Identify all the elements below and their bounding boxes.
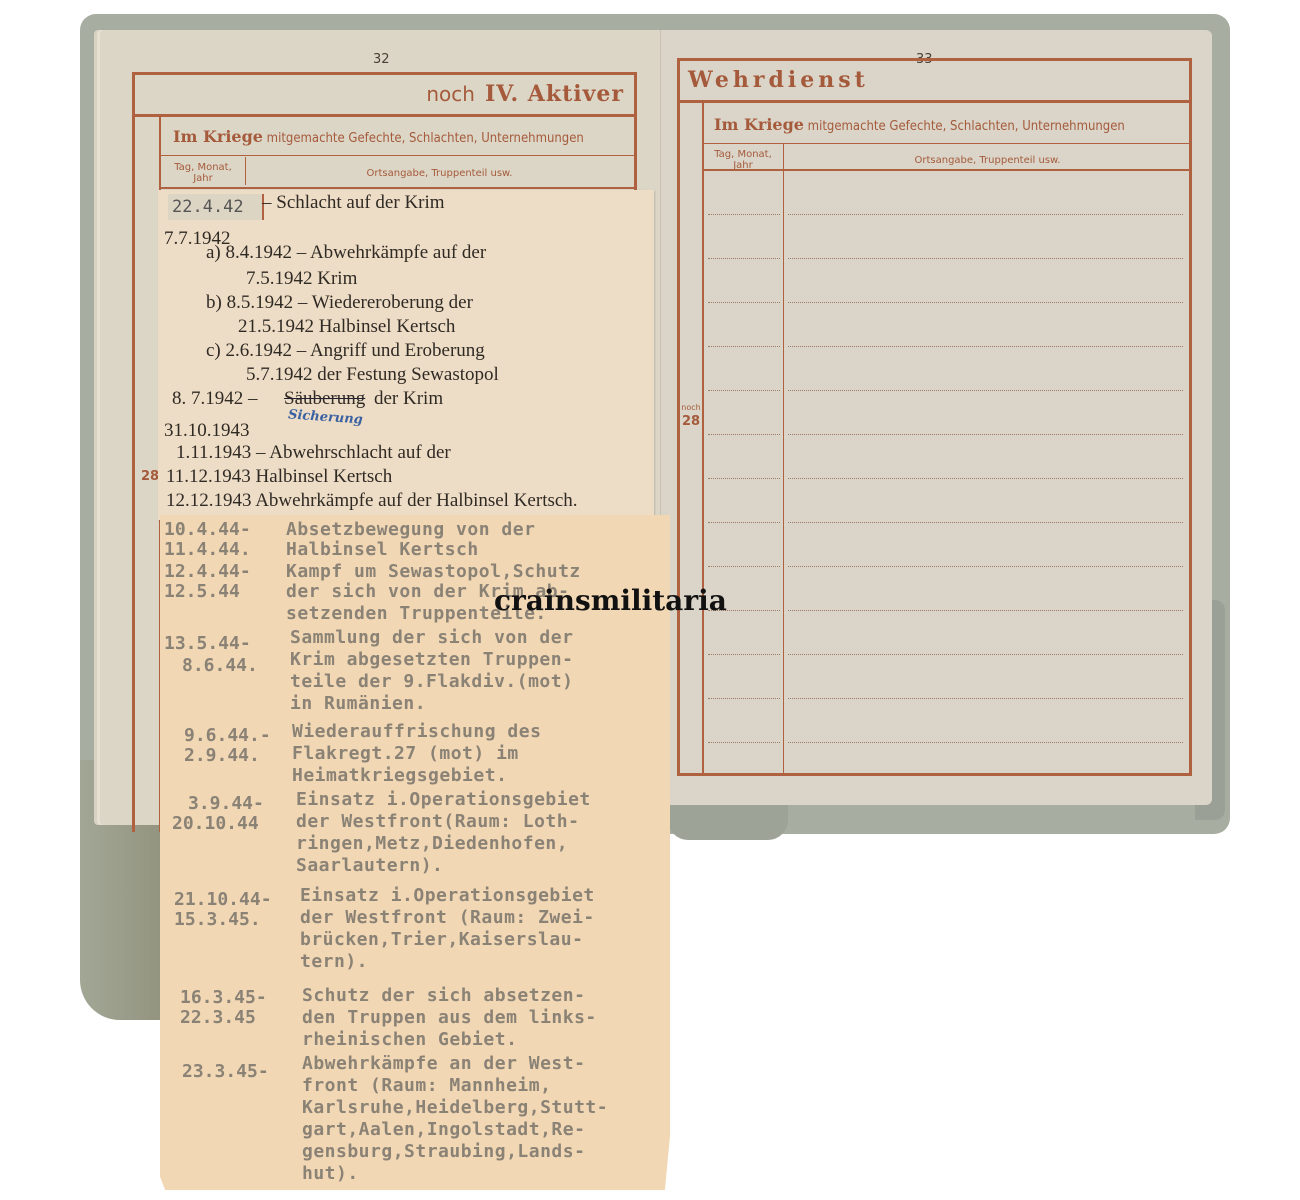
entry-text: Saarlautern). xyxy=(296,855,443,876)
entry-text: Schutz der sich absetzen- xyxy=(302,985,585,1006)
column-divider xyxy=(783,144,784,773)
entry-text: in Rumänien. xyxy=(290,693,426,714)
entry-date: 8.6.44. xyxy=(182,655,258,676)
title-row: nochIV. Aktiver xyxy=(135,75,634,117)
entry-text: den Truppen aus dem links- xyxy=(302,1007,597,1028)
entry-text: brücken,Trier,Kaiserslau- xyxy=(300,929,583,950)
clipping-line: b) 8.5.1942 – Wiedereroberung der xyxy=(206,292,473,314)
title-row: Wehrdienst xyxy=(680,61,1189,103)
entry-text: front (Raum: Mannheim, xyxy=(302,1075,551,1096)
entry-text: Einsatz i.Operationsgebiet xyxy=(300,885,595,906)
entry-row-dotline xyxy=(788,478,1183,479)
entry-text: Absetzbewegung von der xyxy=(286,519,535,540)
entry-row-dotline xyxy=(708,258,780,259)
entry-row-dotline xyxy=(708,654,780,655)
entry-row-dotline xyxy=(788,566,1183,567)
entry-text: Flakregt.27 (mot) im xyxy=(292,743,519,764)
entry-text: hut). xyxy=(302,1163,359,1184)
entry-row-dotline xyxy=(788,214,1183,215)
section-header: Im Kriege mitgemachte Gefechte, Schlacht… xyxy=(173,127,584,146)
marker-number: 28 xyxy=(682,414,700,429)
entry-text: Wiederauffrischung des xyxy=(292,721,541,742)
section-header-bold: Im Kriege xyxy=(173,127,263,146)
cover-edge-bottom xyxy=(668,800,788,840)
entry-row-dotline xyxy=(788,258,1183,259)
entry-text: rheinischen Gebiet. xyxy=(302,1029,517,1050)
entry-row-dotline xyxy=(788,346,1183,347)
printed-clipping: 22.4.42 – Schlacht auf der Krim 7.7.1942… xyxy=(158,190,654,520)
item-number-marker: 28 xyxy=(141,470,159,484)
section-header-rest: mitgemachte Gefechte, Schlachten, Untern… xyxy=(808,119,1125,134)
entry-date: 12.4.44- xyxy=(164,561,251,582)
right-page: 33 Wehrdienst Im Kriege mitgemachte Gefe… xyxy=(660,30,1212,805)
entry-text: Heimatkriegsgebiet. xyxy=(292,765,507,786)
entry-date: 12.5.44 xyxy=(164,581,240,602)
entry-text: gensburg,Straubing,Lands- xyxy=(302,1141,585,1162)
entry-text: tern). xyxy=(300,951,368,972)
column-header-place: Ortsangabe, Truppenteil usw. xyxy=(785,155,1190,166)
clipping-line: 8. 7.1942 – xyxy=(172,388,258,410)
clipping-line: c) 2.6.1942 – Angriff und Eroberung xyxy=(206,340,485,362)
clipping-line: 11.12.1943 Halbinsel Kertsch xyxy=(166,466,392,488)
entry-row-dotline xyxy=(708,346,780,347)
entry-date: 23.3.45- xyxy=(182,1061,269,1082)
entry-row-dotline xyxy=(708,698,780,699)
entry-row-dotline xyxy=(788,390,1183,391)
entry-date: 2.9.44. xyxy=(184,745,260,766)
entry-date: 9.6.44.- xyxy=(184,725,271,746)
entry-text: Abwehrkämpfe an der West- xyxy=(302,1053,585,1074)
section-header-bold: Im Kriege xyxy=(714,115,804,134)
clipping-line: der Krim xyxy=(374,388,443,410)
entry-row-dotline xyxy=(788,742,1183,743)
pen-correction: Sicherung xyxy=(288,407,364,427)
entry-text: Sammlung der sich von der xyxy=(290,627,573,648)
entry-row-dotline xyxy=(788,522,1183,523)
inner-margin-line xyxy=(702,103,704,773)
clipping-line: 12.12.1943 Abwehrkämpfe auf der Halbinse… xyxy=(166,490,578,512)
clipping-line: 5.7.1942 der Festung Sewastopol xyxy=(246,364,499,386)
watermark: crainsmilitaria xyxy=(494,584,727,617)
section-header: Im Kriege mitgemachte Gefechte, Schlacht… xyxy=(714,115,1125,134)
rule xyxy=(161,155,634,156)
entry-text: Halbinsel Kertsch xyxy=(286,539,479,560)
entry-row-dotline xyxy=(708,742,780,743)
entry-row-dotline xyxy=(788,654,1183,655)
entry-text: gart,Aalen,Ingolstadt,Re- xyxy=(302,1119,585,1140)
entry-date: 15.3.45. xyxy=(174,909,261,930)
entry-text: teile der 9.Flakdiv.(mot) xyxy=(290,671,573,692)
entry-date: 13.5.44- xyxy=(164,633,251,654)
clipping-line: – Schlacht auf der Krim xyxy=(262,192,445,214)
entry-row-dotline xyxy=(708,566,780,567)
entry-text: Krim abgesetzten Truppen- xyxy=(290,649,573,670)
column-header-date: Tag, Monat, Jahr xyxy=(163,162,243,184)
handwritten-date: 22.4.42 xyxy=(168,194,264,220)
page-number: 32 xyxy=(373,52,390,67)
rule xyxy=(704,169,1189,171)
entry-row-dotline xyxy=(788,302,1183,303)
column-divider xyxy=(245,157,246,185)
entry-date: 22.3.45 xyxy=(180,1007,256,1028)
entry-row-dotline xyxy=(708,522,780,523)
entry-row-dotline xyxy=(788,698,1183,699)
entry-row-dotline xyxy=(708,390,780,391)
clipping-line: 31.10.1943 xyxy=(164,420,250,442)
marker-prefix: noch xyxy=(680,401,702,415)
struck-through-word: Säuberung xyxy=(284,388,365,410)
title-prefix: noch xyxy=(426,82,475,106)
entry-text: der Westfront(Raum: Loth- xyxy=(296,811,579,832)
rule xyxy=(704,143,1189,144)
entry-date: 11.4.44. xyxy=(164,539,251,560)
entry-text: Karlsruhe,Heidelberg,Stutt- xyxy=(302,1097,608,1118)
entry-date: 3.9.44- xyxy=(188,793,264,814)
column-header-date: Tag, Monat, Jahr xyxy=(704,149,782,171)
right-page-frame: Wehrdienst Im Kriege mitgemachte Gefecht… xyxy=(677,58,1192,776)
entry-text: Kampf um Sewastopol,Schutz xyxy=(286,561,581,582)
title-main: IV. Aktiver xyxy=(485,81,624,107)
entry-row-dotline xyxy=(708,478,780,479)
entry-row-dotline xyxy=(708,214,780,215)
entry-row-dotline xyxy=(788,434,1183,435)
page-title: Wehrdienst xyxy=(688,67,869,93)
entry-row-dotline xyxy=(788,610,1183,611)
item-number-marker: noch 28 xyxy=(680,401,702,429)
entry-date: 16.3.45- xyxy=(180,987,267,1008)
page-title: nochIV. Aktiver xyxy=(426,81,624,107)
clipping-line: 21.5.1942 Halbinsel Kertsch xyxy=(238,316,455,338)
clipping-line: 1.11.1943 – Abwehrschlacht auf der xyxy=(176,442,451,464)
column-header-place: Ortsangabe, Truppenteil usw. xyxy=(247,168,632,179)
entry-text: Einsatz i.Operationsgebiet xyxy=(296,789,591,810)
entry-date: 21.10.44- xyxy=(174,889,272,910)
clipping-line: a) 8.4.1942 – Abwehrkämpfe auf der xyxy=(206,242,486,264)
entry-text: der Westfront (Raum: Zwei- xyxy=(300,907,595,928)
section-header-rest: mitgemachte Gefechte, Schlachten, Untern… xyxy=(267,131,584,146)
entry-date: 20.10.44 xyxy=(172,813,259,834)
rule xyxy=(161,187,634,189)
entry-row-dotline xyxy=(708,302,780,303)
entry-row-dotline xyxy=(708,434,780,435)
clipping-line: 7.5.1942 Krim xyxy=(246,268,357,290)
entry-date: 10.4.44- xyxy=(164,519,251,540)
entry-text: ringen,Metz,Diedenhofen, xyxy=(296,833,568,854)
